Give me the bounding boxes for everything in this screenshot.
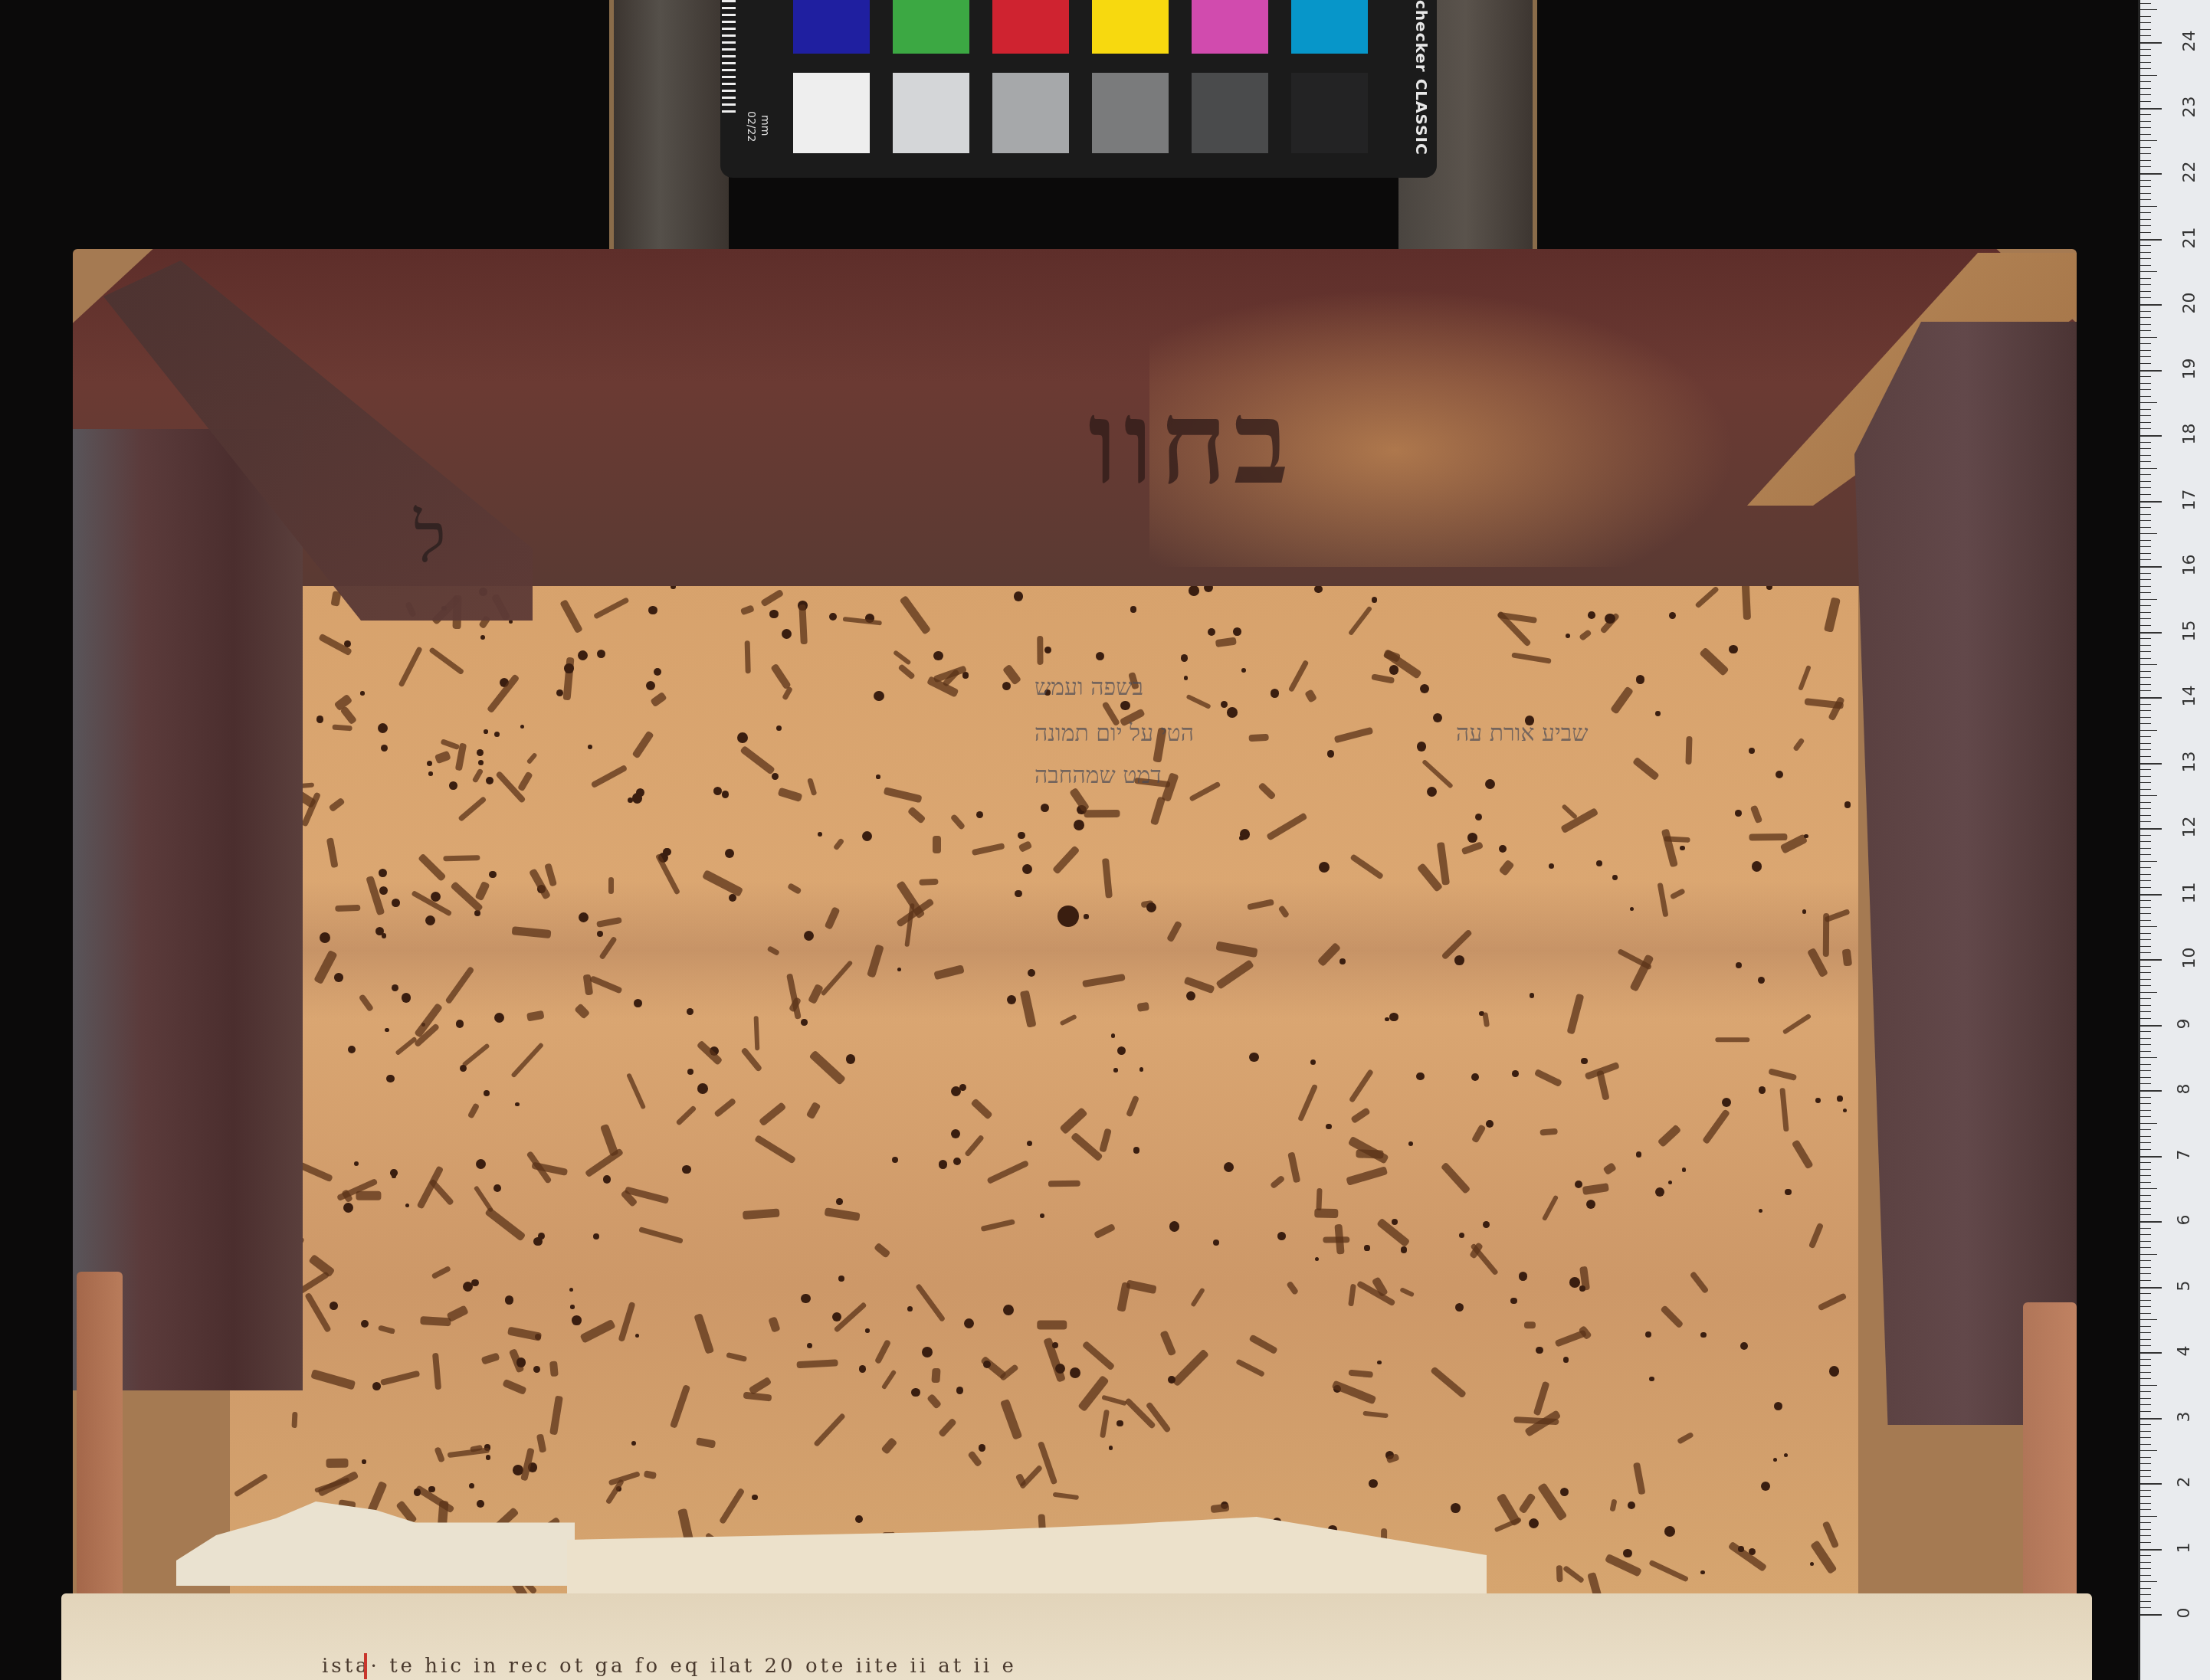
worm-hole [1027, 1141, 1032, 1146]
worm-hole [1239, 836, 1244, 841]
worm-hole [1530, 993, 1535, 998]
worm-hole [1529, 1518, 1539, 1528]
worm-hole [956, 1387, 963, 1393]
worm-hole [1575, 1181, 1582, 1188]
worm-hole [1562, 1565, 1585, 1583]
worm-hole [575, 1003, 591, 1019]
worm-hole [1824, 598, 1841, 633]
worm-hole [1185, 694, 1211, 709]
worm-hole [1227, 707, 1238, 718]
worm-hole [970, 1098, 993, 1120]
worm-hole [467, 1102, 479, 1118]
worm-hole [1349, 1069, 1374, 1102]
worm-hole [1581, 1058, 1587, 1064]
worm-hole [650, 691, 667, 707]
worm-hole [1735, 810, 1741, 816]
worm-hole [1657, 883, 1668, 918]
worm-hole [1408, 1141, 1414, 1147]
worm-hole [1082, 1341, 1115, 1371]
worm-hole [638, 1226, 684, 1244]
worm-hole [1727, 1541, 1767, 1573]
worm-hole [1069, 788, 1090, 813]
worm-hole [922, 1347, 933, 1357]
worm-hole [820, 960, 853, 997]
worm-hole [1236, 1358, 1266, 1377]
worm-hole [1287, 660, 1309, 693]
worm-hole [503, 1379, 527, 1395]
worm-hole [1385, 1017, 1389, 1021]
worm-hole [526, 1010, 544, 1022]
worm-hole [1126, 1279, 1157, 1294]
worm-hole [825, 1207, 861, 1221]
worm-hole [518, 771, 533, 792]
worm-hole [1037, 636, 1044, 665]
worm-hole [1059, 1014, 1077, 1026]
worm-hole [1316, 1188, 1323, 1211]
worm-hole [782, 629, 792, 639]
worm-hole [1752, 861, 1762, 871]
worm-hole [753, 1016, 759, 1050]
worm-hole [1364, 1245, 1369, 1250]
worm-hole [1369, 1479, 1377, 1488]
worm-hole [429, 1179, 455, 1207]
worm-hole [1249, 1053, 1259, 1063]
worm-hole [1420, 684, 1429, 693]
worm-hole [743, 1209, 780, 1220]
worm-hole [1327, 750, 1335, 758]
worm-hole [1700, 1570, 1704, 1574]
worm-hole [1844, 801, 1851, 808]
worm-hole [493, 1184, 501, 1192]
worm-hole [1475, 814, 1482, 820]
worm-hole [392, 1174, 396, 1178]
worm-hole [752, 1495, 758, 1501]
worm-hole [749, 1376, 772, 1394]
worm-hole [697, 1083, 708, 1094]
worm-hole [818, 832, 822, 837]
worm-hole [743, 1391, 772, 1401]
worm-hole [432, 1353, 441, 1390]
worm-hole [536, 1434, 547, 1453]
worm-hole [726, 1352, 748, 1362]
worm-hole [1315, 1257, 1319, 1261]
worm-hole [1536, 1347, 1543, 1354]
worm-hole [635, 1334, 639, 1338]
worm-hole [1695, 586, 1720, 609]
worm-hole [634, 999, 642, 1007]
worm-hole [832, 1312, 841, 1321]
worm-hole [1416, 1073, 1425, 1081]
worm-hole [881, 1437, 898, 1455]
worm-hole [1780, 1088, 1789, 1131]
worm-hole [1700, 1332, 1706, 1338]
worm-hole [593, 598, 630, 621]
worm-hole [1314, 585, 1323, 594]
worm-hole [481, 1352, 500, 1365]
worm-hole [348, 1046, 356, 1053]
worm-hole [1362, 1410, 1389, 1418]
worm-hole [1215, 941, 1258, 957]
worm-hole [740, 745, 775, 775]
worm-hole [862, 831, 872, 841]
worm-hole [806, 1102, 821, 1120]
worm-hole [1582, 1183, 1609, 1195]
worm-hole [1660, 1305, 1684, 1329]
worm-hole [343, 1203, 353, 1213]
worm-hole [526, 752, 538, 765]
hebrew-corner-mark: ל [414, 498, 446, 578]
worm-hole [1136, 1001, 1149, 1012]
worm-hole [428, 771, 433, 776]
worm-hole [366, 876, 385, 916]
worm-hole [1277, 1232, 1286, 1240]
worm-hole [648, 606, 657, 615]
worm-hole [1215, 637, 1237, 648]
worm-hole [392, 984, 398, 991]
worm-hole [1287, 1281, 1300, 1295]
worm-hole [1498, 859, 1514, 876]
worm-hole [798, 604, 807, 644]
worm-hole [939, 1160, 948, 1169]
worm-hole [462, 1043, 490, 1067]
worm-hole [670, 1384, 691, 1429]
worm-hole [362, 1459, 366, 1464]
worm-hole [1630, 907, 1635, 912]
worm-hole [1094, 1223, 1116, 1240]
worm-hole [904, 902, 915, 946]
worm-hole [932, 836, 940, 853]
worm-hole [1159, 1331, 1176, 1357]
worm-hole [1189, 585, 1199, 596]
worm-hole [378, 1325, 395, 1335]
worm-hole [1455, 1303, 1464, 1312]
worm-hole [1579, 629, 1592, 641]
worm-hole [326, 1459, 348, 1468]
worm-hole [1451, 1503, 1461, 1513]
worm-hole [836, 1198, 843, 1205]
worm-hole [1773, 1458, 1778, 1462]
worm-hole [1467, 833, 1477, 843]
worm-hole [771, 663, 792, 689]
worm-hole [1372, 674, 1395, 684]
worm-hole [356, 1191, 381, 1200]
worm-hole [787, 883, 802, 895]
worm-hole [477, 1500, 484, 1507]
worm-hole [1749, 833, 1787, 841]
worm-hole [1471, 1073, 1479, 1081]
worm-hole [1070, 1367, 1080, 1378]
worm-hole [579, 1319, 616, 1344]
worm-hole [1824, 909, 1850, 922]
worm-hole [1669, 612, 1676, 619]
worm-hole [846, 1054, 856, 1064]
worm-hole [549, 1395, 563, 1435]
worm-hole [1682, 1167, 1687, 1172]
worm-hole [1513, 1416, 1559, 1425]
worm-hole [1837, 1095, 1843, 1102]
worm-hole [395, 1036, 418, 1056]
worm-hole [1722, 1098, 1731, 1107]
worm-hole [418, 853, 446, 881]
worm-hole [597, 650, 605, 658]
worm-hole [1383, 649, 1422, 679]
worm-hole [1401, 1246, 1408, 1253]
worm-hole [339, 706, 356, 725]
worm-hole [1560, 1488, 1569, 1496]
worm-hole [1511, 653, 1551, 664]
worm-hole [842, 617, 882, 626]
worm-hole [675, 1105, 697, 1125]
worm-hole [1759, 1086, 1766, 1094]
worm-hole [1815, 1098, 1821, 1103]
worm-hole [782, 686, 793, 701]
worm-hole [1000, 1398, 1022, 1439]
worm-hole [443, 855, 480, 861]
worm-hole [378, 723, 388, 733]
offset-text-line: שביע אורת עה [1456, 720, 1589, 747]
worm-hole [1077, 1375, 1109, 1412]
worm-hole [876, 775, 880, 779]
worm-hole [414, 1488, 421, 1496]
worm-hole [737, 732, 748, 743]
worm-hole [1348, 1284, 1356, 1306]
worm-hole [1270, 1174, 1286, 1189]
worm-hole [1113, 1068, 1117, 1072]
worm-hole [804, 931, 814, 941]
worm-hole [1785, 1189, 1791, 1195]
worm-hole [458, 796, 487, 821]
worm-hole [884, 788, 923, 804]
worm-hole [1793, 738, 1805, 752]
worm-hole [333, 724, 353, 731]
worm-hole [1486, 1120, 1494, 1128]
worm-hole [484, 729, 488, 734]
worm-hole [1680, 846, 1684, 850]
worm-hole [1241, 668, 1246, 673]
worm-hole [1421, 759, 1454, 789]
worm-hole [603, 1175, 611, 1183]
worm-hole [892, 1157, 899, 1164]
worm-hole [505, 1295, 514, 1305]
worm-hole [1633, 1462, 1645, 1495]
worm-hole [1533, 1068, 1562, 1086]
offset-text-line: הטי על יום תמונה [1035, 720, 1194, 747]
worm-hole [1392, 1219, 1398, 1225]
leather-turn-in-right [1854, 322, 2077, 1425]
worm-hole [320, 932, 330, 943]
worm-hole [1189, 781, 1221, 801]
worm-hole [1297, 1084, 1318, 1122]
worm-hole [729, 894, 736, 902]
worm-hole [1758, 977, 1765, 984]
worm-hole [449, 781, 457, 789]
worm-hole [354, 1161, 359, 1166]
leather-turn-in-left [73, 429, 303, 1390]
worm-hole [1499, 845, 1507, 853]
worm-hole [589, 975, 623, 994]
worm-hole [807, 778, 818, 796]
worm-hole [1648, 1560, 1689, 1583]
worm-hole [697, 1040, 723, 1066]
worm-hole [1605, 1554, 1642, 1577]
worm-hole [1636, 675, 1645, 684]
worm-hole [631, 1441, 636, 1446]
worm-hole [687, 1008, 693, 1015]
worm-hole [326, 837, 339, 868]
worm-hole [1610, 686, 1634, 715]
worm-hole [968, 1450, 982, 1467]
worm-hole [456, 1020, 464, 1028]
worm-hole [1348, 1136, 1389, 1164]
worm-hole [330, 1302, 338, 1310]
worm-hole [1602, 1162, 1617, 1176]
worm-hole [1317, 942, 1341, 966]
worm-hole [1331, 1380, 1376, 1406]
worm-hole [1002, 682, 1011, 690]
worm-hole [1015, 890, 1022, 898]
worm-hole [687, 1069, 693, 1075]
worm-hole [372, 1382, 381, 1390]
worm-hole [1116, 1420, 1123, 1427]
worm-hole [1096, 652, 1104, 660]
worm-hole [1738, 1546, 1744, 1552]
worm-hole [1224, 1162, 1234, 1172]
worm-hole [1048, 1181, 1080, 1187]
worm-hole [477, 749, 484, 756]
worm-hole [1389, 665, 1399, 675]
worm-hole [1221, 701, 1228, 708]
worm-hole [1736, 962, 1742, 968]
worm-hole [1774, 1402, 1782, 1410]
worm-hole [440, 738, 460, 750]
worm-hole [434, 750, 451, 764]
worm-hole [1247, 899, 1274, 910]
worm-hole [801, 1294, 811, 1304]
worm-hole [1563, 1357, 1569, 1363]
worm-hole [1416, 863, 1443, 892]
worm-hole [234, 1473, 268, 1498]
worm-hole [1782, 1014, 1812, 1035]
worm-hole [976, 811, 983, 818]
worm-hole [1549, 863, 1554, 869]
large-hole [1057, 905, 1079, 927]
worm-hole [1150, 796, 1166, 825]
worm-hole [1628, 1502, 1635, 1509]
worm-hole [1569, 1277, 1580, 1288]
worm-hole [646, 681, 655, 690]
worm-hole [1003, 1305, 1014, 1315]
worm-hole [1483, 1221, 1490, 1228]
worm-hole [444, 966, 474, 1004]
worm-hole [463, 1282, 473, 1292]
worm-hole [1759, 1209, 1762, 1213]
worm-hole [1808, 1223, 1824, 1249]
worm-hole [507, 1326, 543, 1341]
worm-hole [564, 663, 574, 673]
worm-hole [682, 1165, 690, 1174]
worm-hole [379, 869, 387, 877]
worm-hole [608, 1471, 641, 1486]
worm-hole [1146, 902, 1156, 912]
worm-hole [1685, 736, 1692, 765]
worm-hole [1052, 1342, 1058, 1348]
worm-hole [398, 647, 423, 688]
worm-hole [874, 691, 884, 701]
worm-hole [1689, 1271, 1709, 1295]
worm-hole [1749, 748, 1755, 754]
worm-hole [833, 837, 844, 850]
worm-hole [1605, 614, 1615, 624]
worm-hole [578, 650, 588, 660]
worm-hole [1802, 909, 1807, 914]
worm-hole [838, 1276, 844, 1282]
worm-hole [1084, 914, 1089, 919]
worm-hole [1139, 1067, 1143, 1071]
worm-hole [579, 912, 589, 922]
worm-hole [1339, 958, 1346, 964]
worm-hole [1346, 1166, 1388, 1186]
worm-hole [549, 1361, 559, 1377]
worm-hole [516, 1357, 526, 1367]
worm-hole [1007, 995, 1016, 1004]
worm-hole [1055, 1364, 1065, 1374]
worm-hole [1761, 1482, 1770, 1491]
worm-hole [421, 1316, 451, 1326]
worm-hole [1784, 1453, 1788, 1457]
worm-hole [489, 871, 496, 878]
worm-hole [1768, 1068, 1797, 1081]
worm-hole [663, 848, 671, 856]
worm-hole [608, 877, 614, 894]
worm-hole [1266, 813, 1307, 841]
worm-hole [915, 1283, 946, 1322]
worm-hole [874, 1243, 891, 1259]
worm-hole [1319, 862, 1330, 873]
worm-hole [328, 797, 345, 813]
worm-hole [801, 1019, 808, 1026]
worm-hole [1377, 1361, 1381, 1364]
worm-hole [1828, 696, 1844, 721]
worm-hole [964, 1318, 974, 1328]
worm-hole [1326, 1124, 1331, 1129]
worm-hole [316, 716, 324, 723]
worm-hole [1441, 1162, 1471, 1194]
worm-hole [1740, 1342, 1748, 1350]
worm-hole [1567, 994, 1585, 1034]
worm-hole [533, 1366, 540, 1373]
worm-hole [1041, 804, 1049, 812]
worm-hole [1211, 1504, 1230, 1514]
worm-hole [1749, 804, 1762, 824]
worm-hole [1181, 654, 1188, 661]
worm-hole [1213, 1240, 1219, 1246]
worm-hole [1556, 1565, 1562, 1583]
worm-hole [1022, 864, 1032, 874]
hebrew-inscription: בחוו [1088, 375, 1295, 510]
worm-hole [986, 1160, 1029, 1184]
worm-hole [786, 974, 802, 1020]
worm-hole [1655, 1187, 1664, 1197]
worm-hole [494, 1013, 504, 1023]
worm-hole [897, 663, 916, 680]
worm-hole [1482, 1013, 1489, 1027]
worm-hole [1310, 1059, 1316, 1065]
worm-hole [460, 1065, 467, 1072]
worm-hole [740, 1047, 762, 1073]
worm-hole [1566, 634, 1570, 638]
worm-hole [515, 1102, 519, 1106]
worm-hole [632, 793, 643, 804]
